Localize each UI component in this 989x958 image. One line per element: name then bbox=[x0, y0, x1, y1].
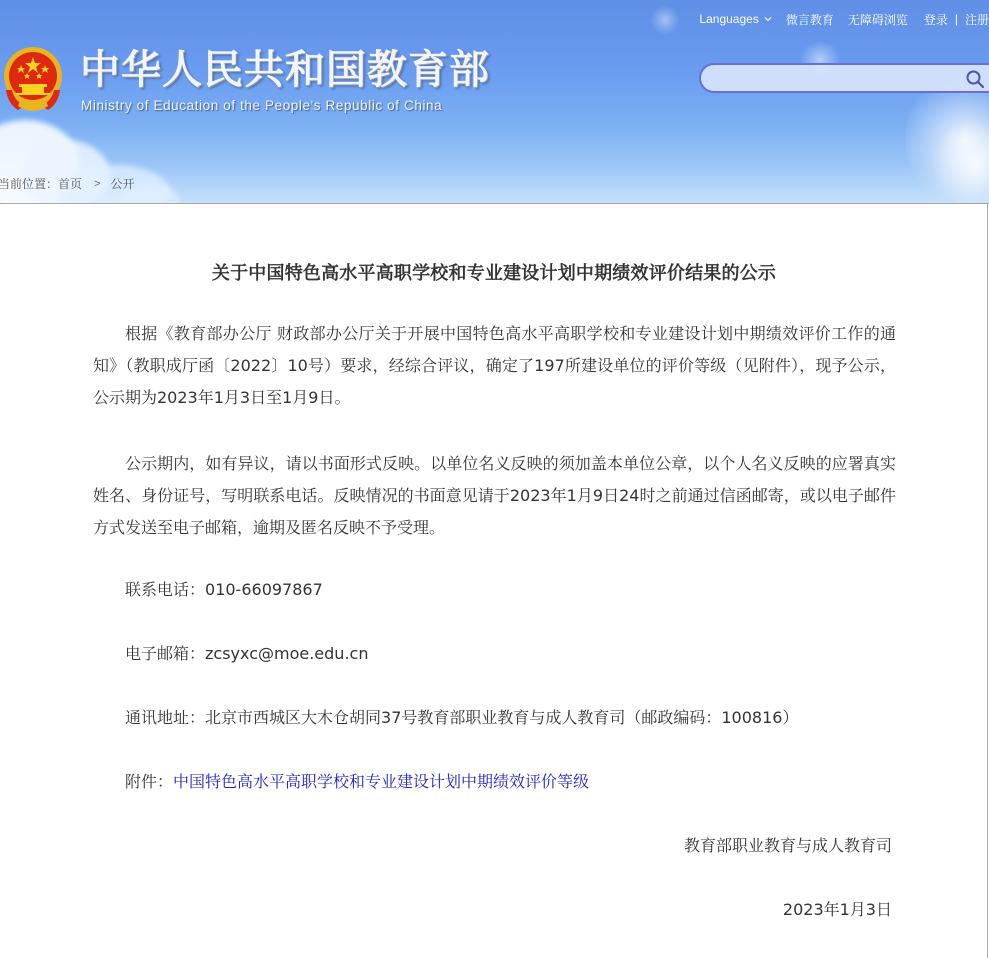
search-icon[interactable] bbox=[965, 69, 985, 89]
search-input[interactable] bbox=[701, 65, 951, 91]
breadcrumb-home[interactable]: 首页 bbox=[58, 175, 82, 192]
attachment-link[interactable]: 中国特色高水平高职学校和专业建设计划中期绩效评价等级 bbox=[173, 772, 589, 791]
contact-address: 通讯地址：北京市西城区大木仓胡同37号教育部职业教育与成人教育司（邮政编码：10… bbox=[125, 706, 798, 730]
nav-separator: | bbox=[955, 12, 958, 26]
dandelion-decoration bbox=[650, 5, 680, 35]
article-paragraph: 公示期内，如有异议，请以书面形式反映。以单位名义反映的须加盖本单位公章，以个人名… bbox=[93, 448, 896, 544]
attachment-label: 附件： bbox=[125, 772, 173, 791]
attachment: 附件：中国特色高水平高职学校和专业建设计划中期绩效评价等级 bbox=[125, 770, 589, 794]
site-header: 中华人民共和国教育部 Ministry of Education of the … bbox=[0, 0, 989, 204]
national-emblem-icon[interactable] bbox=[2, 46, 64, 116]
login-link[interactable]: 登录 bbox=[924, 11, 948, 28]
top-nav: Languages 微言教育 无障碍浏览 登录 | 注册 bbox=[685, 10, 989, 28]
signature-date: 2023年1月3日 bbox=[783, 898, 892, 922]
email-label: 电子邮箱： bbox=[125, 644, 205, 663]
article-title: 关于中国特色高水平高职学校和专业建设计划中期绩效评价结果的公示 bbox=[0, 259, 988, 285]
site-subtitle: Ministry of Education of the People's Re… bbox=[81, 98, 442, 113]
chevron-right-icon: > bbox=[94, 178, 100, 190]
phone-label: 联系电话： bbox=[125, 580, 205, 599]
languages-label: Languages bbox=[699, 12, 758, 26]
address-label: 通讯地址： bbox=[125, 708, 205, 727]
breadcrumb-label: 当前位置： bbox=[0, 175, 58, 192]
languages-dropdown[interactable]: Languages bbox=[699, 12, 771, 26]
register-link[interactable]: 注册 bbox=[965, 11, 989, 28]
contact-phone: 联系电话：010-66097867 bbox=[125, 578, 323, 602]
weiyan-education-link[interactable]: 微言教育 bbox=[786, 11, 834, 28]
breadcrumb: 当前位置： 首页 > 公开 bbox=[0, 175, 134, 192]
article-paragraph: 根据《教育部办公厅 财政部办公厅关于开展中国特色高水平高职学校和专业建设计划中期… bbox=[93, 318, 896, 414]
article-content: 关于中国特色高水平高职学校和专业建设计划中期绩效评价结果的公示 根据《教育部办公… bbox=[0, 204, 988, 958]
contact-email: 电子邮箱：zcsyxc@moe.edu.cn bbox=[125, 642, 368, 666]
phone-value: 010-66097867 bbox=[205, 580, 323, 599]
search-box bbox=[699, 63, 989, 93]
email-value: zcsyxc@moe.edu.cn bbox=[205, 644, 368, 663]
site-title[interactable]: 中华人民共和国教育部 bbox=[80, 46, 490, 94]
address-value: 北京市西城区大木仓胡同37号教育部职业教育与成人教育司（邮政编码：100816） bbox=[205, 708, 798, 727]
breadcrumb-public[interactable]: 公开 bbox=[110, 175, 134, 192]
accessible-browse-link[interactable]: 无障碍浏览 bbox=[848, 11, 908, 28]
signature-org: 教育部职业教育与成人教育司 bbox=[684, 834, 892, 858]
chevron-down-icon bbox=[764, 15, 772, 23]
